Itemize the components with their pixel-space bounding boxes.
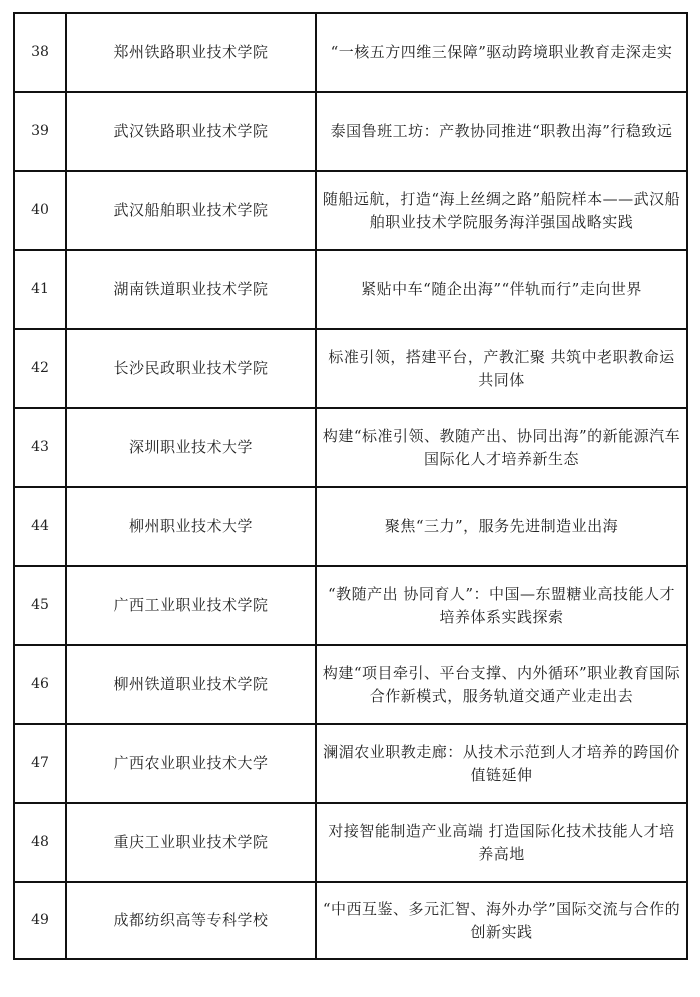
school-name: 郑州铁路职业技术学院 <box>66 13 316 92</box>
school-name: 柳州铁道职业技术学院 <box>66 645 316 724</box>
school-name: 武汉船舶职业技术学院 <box>66 171 316 250</box>
school-name: 深圳职业技术大学 <box>66 408 316 487</box>
case-list-table: 38 郑州铁路职业技术学院 “一核五方四维三保障”驱动跨境职业教育走深走实 39… <box>13 12 688 960</box>
table-row: 46 柳州铁道职业技术学院 构建“项目牵引、平台支撑、内外循环”职业教育国际合作… <box>14 645 687 724</box>
case-title: “教随产出 协同育人”：中国—东盟糖业高技能人才培养体系实践探索 <box>316 566 687 645</box>
row-number: 44 <box>14 487 66 566</box>
table-row: 43 深圳职业技术大学 构建“标准引领、教随产出、协同出海”的新能源汽车国际化人… <box>14 408 687 487</box>
school-name: 武汉铁路职业技术学院 <box>66 92 316 171</box>
row-number: 47 <box>14 724 66 803</box>
row-number: 39 <box>14 92 66 171</box>
school-name: 湖南铁道职业技术学院 <box>66 250 316 329</box>
table-row: 42 长沙民政职业技术学院 标准引领，搭建平台，产教汇聚 共筑中老职教命运共同体 <box>14 329 687 408</box>
case-title: 构建“项目牵引、平台支撑、内外循环”职业教育国际合作新模式，服务轨道交通产业走出… <box>316 645 687 724</box>
row-number: 41 <box>14 250 66 329</box>
table-row: 44 柳州职业技术大学 聚焦“三力”，服务先进制造业出海 <box>14 487 687 566</box>
case-title: 聚焦“三力”，服务先进制造业出海 <box>316 487 687 566</box>
table-row: 41 湖南铁道职业技术学院 紧贴中车“随企出海”“伴轨而行”走向世界 <box>14 250 687 329</box>
row-number: 40 <box>14 171 66 250</box>
table-row: 45 广西工业职业技术学院 “教随产出 协同育人”：中国—东盟糖业高技能人才培养… <box>14 566 687 645</box>
school-name: 广西工业职业技术学院 <box>66 566 316 645</box>
table-body: 38 郑州铁路职业技术学院 “一核五方四维三保障”驱动跨境职业教育走深走实 39… <box>14 13 687 959</box>
row-number: 45 <box>14 566 66 645</box>
case-title: 紧贴中车“随企出海”“伴轨而行”走向世界 <box>316 250 687 329</box>
school-name: 重庆工业职业技术学院 <box>66 803 316 882</box>
school-name: 柳州职业技术大学 <box>66 487 316 566</box>
case-title: 构建“标准引领、教随产出、协同出海”的新能源汽车国际化人才培养新生态 <box>316 408 687 487</box>
table-row: 40 武汉船舶职业技术学院 随船远航，打造“海上丝绸之路”船院样本——武汉船舶职… <box>14 171 687 250</box>
case-title: 澜湄农业职教走廊：从技术示范到人才培养的跨国价值链延伸 <box>316 724 687 803</box>
table-row: 48 重庆工业职业技术学院 对接智能制造产业高端 打造国际化技术技能人才培养高地 <box>14 803 687 882</box>
row-number: 46 <box>14 645 66 724</box>
table-row: 49 成都纺织高等专科学校 “中西互鉴、多元汇智、海外办学”国际交流与合作的创新… <box>14 882 687 959</box>
case-title: 随船远航，打造“海上丝绸之路”船院样本——武汉船舶职业技术学院服务海洋强国战略实… <box>316 171 687 250</box>
row-number: 48 <box>14 803 66 882</box>
table-row: 38 郑州铁路职业技术学院 “一核五方四维三保障”驱动跨境职业教育走深走实 <box>14 13 687 92</box>
row-number: 42 <box>14 329 66 408</box>
row-number: 43 <box>14 408 66 487</box>
school-name: 广西农业职业技术大学 <box>66 724 316 803</box>
case-title: 对接智能制造产业高端 打造国际化技术技能人才培养高地 <box>316 803 687 882</box>
school-name: 长沙民政职业技术学院 <box>66 329 316 408</box>
school-name: 成都纺织高等专科学校 <box>66 882 316 959</box>
case-title: “一核五方四维三保障”驱动跨境职业教育走深走实 <box>316 13 687 92</box>
table-row: 47 广西农业职业技术大学 澜湄农业职教走廊：从技术示范到人才培养的跨国价值链延… <box>14 724 687 803</box>
case-title: 泰国鲁班工坊：产教协同推进“职教出海”行稳致远 <box>316 92 687 171</box>
row-number: 38 <box>14 13 66 92</box>
table-row: 39 武汉铁路职业技术学院 泰国鲁班工坊：产教协同推进“职教出海”行稳致远 <box>14 92 687 171</box>
row-number: 49 <box>14 882 66 959</box>
case-title: 标准引领，搭建平台，产教汇聚 共筑中老职教命运共同体 <box>316 329 687 408</box>
case-title: “中西互鉴、多元汇智、海外办学”国际交流与合作的创新实践 <box>316 882 687 959</box>
